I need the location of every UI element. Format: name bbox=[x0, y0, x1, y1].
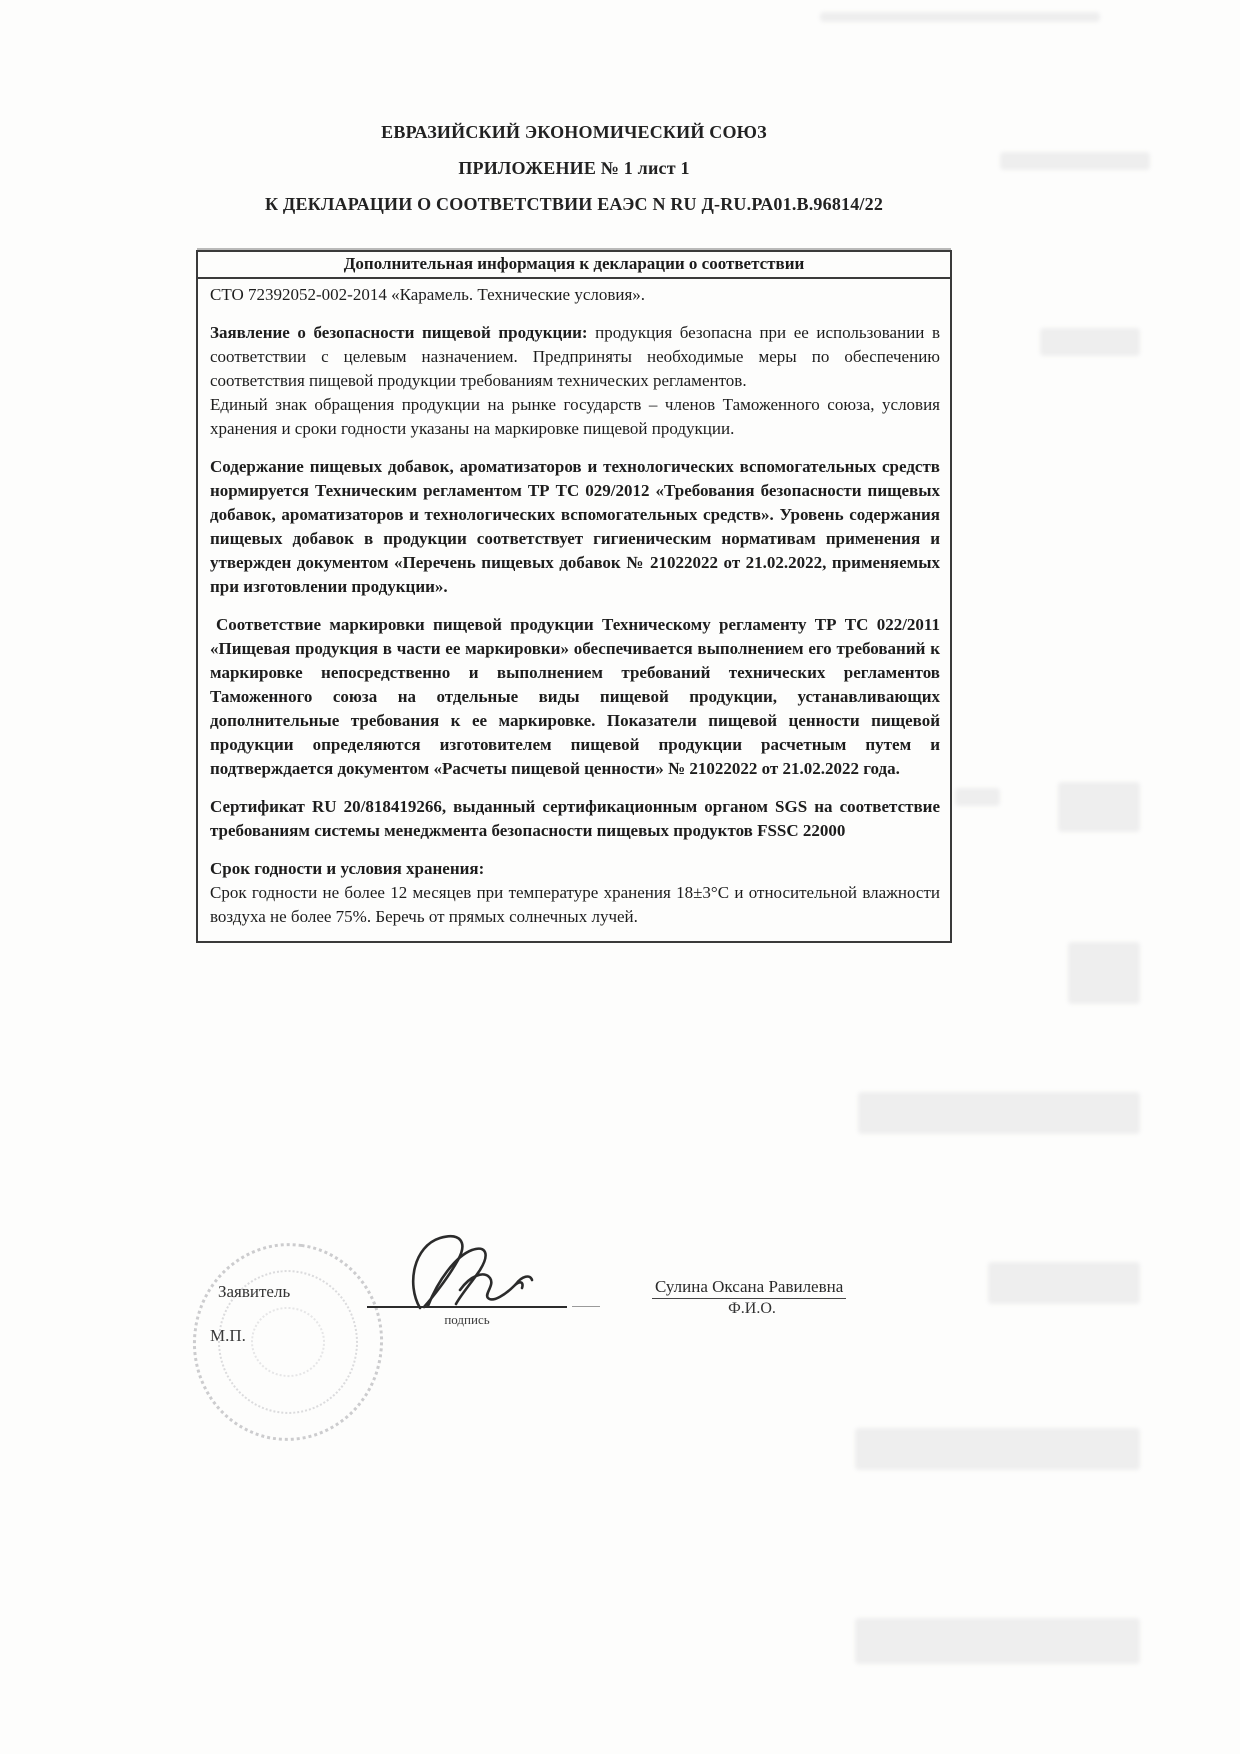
safety-statement-lead: Заявление о безопасности пищевой продукц… bbox=[210, 323, 588, 342]
single-mark-text: Единый знак обращения продукции на рынке… bbox=[210, 393, 940, 441]
fio-caption: Ф.И.О. bbox=[652, 1300, 852, 1318]
shelf-life-heading: Срок годности и условия хранения: bbox=[210, 857, 940, 881]
paragraph-sto-standard: СТО 72392052-002-2014 «Карамель. Техниче… bbox=[210, 283, 940, 307]
paragraph-additives: Содержание пищевых добавок, ароматизатор… bbox=[210, 455, 940, 599]
additional-info-table: Дополнительная информация к декларации о… bbox=[196, 250, 952, 943]
stamp-inner-ring bbox=[211, 1263, 365, 1421]
scan-artifact bbox=[1058, 782, 1140, 832]
paragraph-certificate: Сертификат RU 20/818419266, выданный сер… bbox=[210, 795, 940, 843]
applicant-label: Заявитель bbox=[218, 1282, 290, 1302]
scan-artifact bbox=[1068, 942, 1140, 1004]
scan-artifact bbox=[1040, 328, 1140, 356]
scan-artifact bbox=[955, 788, 1000, 806]
table-body: СТО 72392052-002-2014 «Карамель. Техниче… bbox=[198, 279, 950, 941]
declarant-name: Сулина Оксана Равилевна bbox=[652, 1277, 846, 1299]
shelf-life-text: Срок годности не более 12 месяцев при те… bbox=[210, 883, 940, 926]
signature-caption: подпись bbox=[367, 1312, 567, 1328]
paragraph-shelf-life: Срок годности и условия хранения: Срок г… bbox=[210, 857, 940, 929]
union-title: ЕВРАЗИЙСКИЙ ЭКОНОМИЧЕСКИЙ СОЮЗ bbox=[0, 122, 1148, 143]
stamp-place-label: М.П. bbox=[210, 1326, 246, 1346]
table-title: Дополнительная информация к декларации о… bbox=[198, 252, 950, 279]
scan-artifact bbox=[855, 1428, 1140, 1470]
paragraph-labeling: Соответствие маркировки пищевой продукци… bbox=[210, 613, 940, 781]
stamp-core-ring bbox=[247, 1303, 330, 1382]
signature-line-extension bbox=[572, 1306, 600, 1307]
stamp-imprint bbox=[180, 1231, 396, 1454]
document-page: ЕВРАЗИЙСКИЙ ЭКОНОМИЧЕСКИЙ СОЮЗ ПРИЛОЖЕНИ… bbox=[0, 0, 1240, 1754]
scan-artifact bbox=[858, 1092, 1140, 1134]
scan-artifact bbox=[988, 1262, 1140, 1304]
scan-artifact bbox=[820, 12, 1100, 22]
signature-line bbox=[367, 1306, 567, 1308]
scan-artifact bbox=[855, 1618, 1140, 1664]
document-header: ЕВРАЗИЙСКИЙ ЭКОНОМИЧЕСКИЙ СОЮЗ ПРИЛОЖЕНИ… bbox=[0, 122, 1148, 230]
signature-scribble bbox=[398, 1232, 548, 1314]
declaration-number-title: К ДЕКЛАРАЦИИ О СООТВЕТСТВИИ ЕАЭС N RU Д-… bbox=[0, 194, 1148, 215]
paragraph-safety-statement: Заявление о безопасности пищевой продукц… bbox=[210, 321, 940, 441]
sto-standard-text: СТО 72392052-002-2014 «Карамель. Техниче… bbox=[210, 285, 645, 304]
annex-title: ПРИЛОЖЕНИЕ № 1 лист 1 bbox=[0, 158, 1148, 179]
